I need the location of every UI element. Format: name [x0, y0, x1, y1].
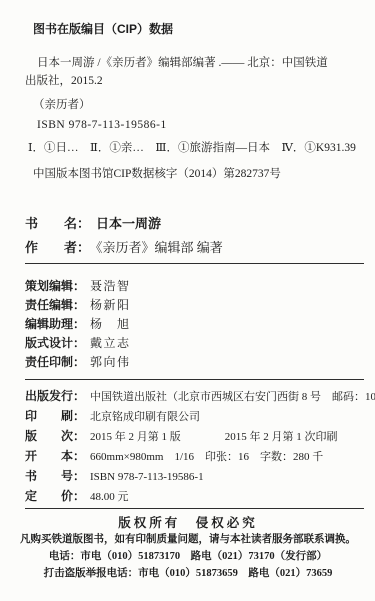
staff-value: 戴立志 — [90, 336, 131, 350]
copyright-notice: 版权所有 侵权必究 — [13, 515, 363, 531]
phone-line: 电话：市电（010）51873170 路电（021）73170（发行部） — [13, 548, 363, 565]
publishing-label: 版 次： — [25, 429, 85, 443]
staff-value: 郭向伟 — [90, 355, 131, 369]
staff-value: 聂浩智 — [90, 279, 131, 293]
author-row: 作 者：《亲历者》编辑部 编著 — [25, 239, 369, 256]
author-label: 作 者： — [25, 240, 90, 255]
staff-label: 版式设计： — [25, 336, 85, 350]
staff-block: 策划编辑：聂浩智 责任编辑：杨新阳 编辑助理：杨 旭 版式设计：戴立志 责任印制… — [25, 277, 369, 372]
staff-value: 杨 旭 — [90, 317, 131, 331]
publishing-row: 书 号：ISBN 978-7-113-19586-1 — [25, 467, 369, 487]
author-value: 《亲历者》编辑部 编著 — [96, 240, 223, 255]
divider-rule-3 — [25, 508, 364, 509]
publishing-value: ISBN 978-7-113-19586-1 — [90, 471, 204, 483]
publishing-value: 2015 年 2 月第 1 版 2015 年 2 月第 1 次印刷 — [90, 431, 338, 443]
publishing-row: 定 价：48.00 元 — [25, 487, 369, 507]
staff-value: 杨新阳 — [90, 298, 131, 312]
staff-row: 策划编辑：聂浩智 — [25, 277, 369, 296]
divider-rule-2 — [25, 379, 364, 380]
staff-label: 责任编辑： — [25, 298, 85, 312]
publishing-block: 出版发行：中国铁道出版社（北京市西城区右安门西街 8 号 邮码：100054） … — [25, 387, 369, 507]
cip-entry: 日本一周游 /《亲历者》编辑部编著 .—— 北京：中国铁道 出版社，2015.2 — [25, 54, 369, 90]
series-name: （亲历者） — [33, 97, 369, 113]
staff-row: 编辑助理：杨 旭 — [25, 315, 369, 334]
service-line: 凡购买铁道版图书，如有印制质量问题，请与本社读者服务部联系调换。 — [13, 531, 363, 548]
isbn-line: ISBN 978-7-113-19586-1 — [37, 117, 369, 133]
publishing-row: 印 刷：北京铭成印刷有限公司 — [25, 407, 369, 427]
publishing-value: 北京铭成印刷有限公司 — [90, 411, 200, 423]
publishing-row: 开 本：660mm×980mm 1/16 印张：16 字数：280 千 — [25, 447, 369, 467]
publishing-label: 书 号： — [25, 469, 85, 483]
publishing-value: 660mm×980mm 1/16 印张：16 字数：280 千 — [90, 451, 323, 463]
cip-entry-line1: 日本一周游 /《亲历者》编辑部编著 .—— 北京：中国铁道 — [25, 54, 369, 72]
cip-header: 图书在版编目（CIP）数据 — [33, 21, 369, 37]
title-block: 书 名：日本一周游 作 者：《亲历者》编辑部 编著 — [25, 215, 369, 256]
cip-record-number: 中国版本图书馆CIP数据核字（2014）第282737号 — [33, 166, 369, 182]
staff-label: 编辑助理： — [25, 317, 85, 331]
publishing-label: 印 刷： — [25, 409, 85, 423]
publishing-value: 中国铁道出版社（北京市西城区右安门西街 8 号 邮码：100054） — [90, 391, 375, 403]
publishing-label: 开 本： — [25, 449, 85, 463]
staff-label: 策划编辑： — [25, 279, 85, 293]
publishing-label: 出版发行： — [25, 389, 85, 403]
staff-row: 责任印制：郭向伟 — [25, 353, 369, 372]
book-title-row: 书 名：日本一周游 — [25, 215, 369, 232]
cip-entry-line2: 出版社，2015.2 — [25, 72, 369, 90]
divider-rule-1 — [25, 263, 364, 264]
copyright-page: 图书在版编目（CIP）数据 日本一周游 /《亲历者》编辑部编著 .—— 北京：中… — [0, 0, 375, 601]
cip-classification: Ⅰ．①日… Ⅱ．①亲… Ⅲ．①旅游指南—日本 Ⅳ．①K931.39 — [28, 140, 369, 156]
staff-label: 责任印制： — [25, 355, 85, 369]
publishing-row: 版 次：2015 年 2 月第 1 版 2015 年 2 月第 1 次印刷 — [25, 427, 369, 447]
piracy-hotline: 打击盗版举报电话：市电（010）51873659 路电（021）73659 — [13, 565, 363, 582]
staff-row: 版式设计：戴立志 — [25, 334, 369, 353]
book-title-value: 日本一周游 — [96, 216, 161, 231]
publishing-value: 48.00 元 — [90, 491, 129, 503]
publishing-row: 出版发行：中国铁道出版社（北京市西城区右安门西街 8 号 邮码：100054） — [25, 387, 369, 407]
book-title-label: 书 名： — [25, 216, 90, 231]
copyright-block: 版权所有 侵权必究 凡购买铁道版图书，如有印制质量问题，请与本社读者服务部联系调… — [13, 515, 363, 582]
publishing-label: 定 价： — [25, 489, 85, 503]
staff-row: 责任编辑：杨新阳 — [25, 296, 369, 315]
